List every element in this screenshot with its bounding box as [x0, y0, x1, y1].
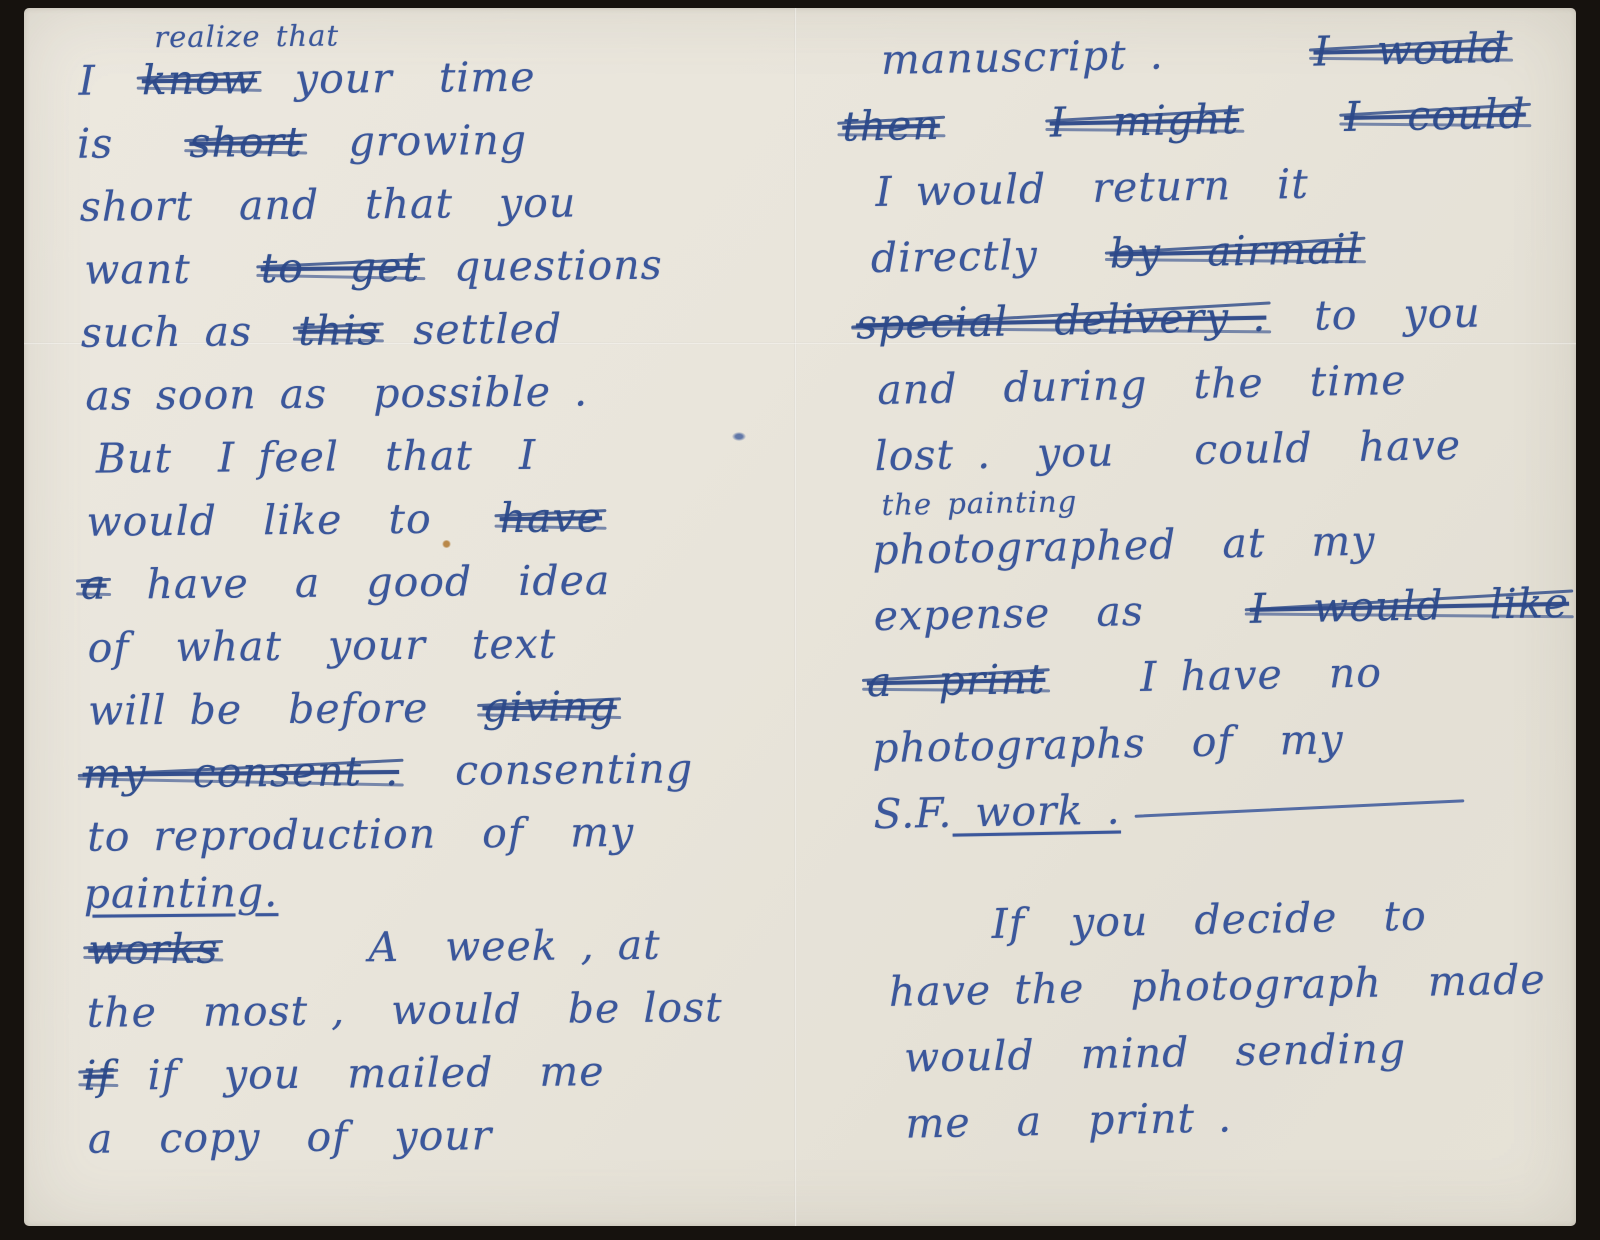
handwriting-line: worksA week , at	[88, 912, 805, 981]
struck-word: giving	[482, 675, 617, 739]
word-segment: directly	[870, 221, 1084, 291]
word-segment: expense as	[873, 577, 1190, 649]
word-segment: work .	[952, 776, 1122, 845]
handwriting-line: want to getquestions	[84, 233, 799, 302]
word-segment: such as	[81, 300, 299, 365]
handwriting-line: painting.	[84, 862, 804, 918]
struck-word: have	[499, 486, 602, 550]
word-segment: photographs of my	[872, 706, 1345, 781]
handwriting-line: the most , would be lost	[86, 975, 805, 1044]
handwriting-line: such as thissettled	[81, 296, 800, 365]
handwriting-line: thenI mightI could	[842, 80, 1579, 160]
word-segment: A week , at	[368, 914, 661, 980]
paper-sheet: realize thatI knowyour timeis shortgrowi…	[24, 8, 1576, 1226]
word-segment: I	[78, 49, 142, 113]
word-segment: would mind sending	[904, 1015, 1407, 1091]
struck-word: by airmail	[1109, 216, 1361, 287]
struck-word: a	[81, 554, 107, 617]
word-segment: consenting	[455, 737, 694, 802]
word-segment: the most , would be lost	[86, 976, 722, 1045]
handwriting-line: ahave a good idea	[81, 548, 802, 617]
word-segment: of what your text	[87, 613, 556, 680]
word-segment: and during the time	[877, 347, 1407, 423]
struck-word: then	[842, 92, 941, 160]
page-right: manuscript .I wouldthenI mightI couldI w…	[824, 0, 1600, 1240]
word-segment: I would return it	[875, 151, 1309, 225]
struck-word: if	[83, 1045, 114, 1108]
struck-word: special delivery .	[855, 284, 1266, 358]
word-segment: photographed at my	[872, 508, 1376, 584]
word-segment: as soon as possible .	[85, 360, 588, 427]
handwriting-line: But I feel that I	[96, 422, 801, 491]
word-segment: If you decide to	[991, 883, 1427, 957]
page-left: realize thatI knowyour timeis shortgrowi…	[54, 2, 807, 1240]
word-segment: is	[77, 112, 160, 176]
word-segment: painting.	[84, 867, 279, 919]
word-segment: if you mailed me	[147, 1040, 604, 1107]
struck-word: short	[189, 111, 303, 175]
handwriting-line: a copy of your	[88, 1101, 807, 1170]
word-segment: I have no	[1140, 639, 1383, 710]
word-segment: S.F.	[873, 780, 953, 847]
handwriting-line: will be before giving	[88, 673, 803, 742]
struck-word: works	[88, 918, 219, 982]
struck-word: I would like	[1249, 570, 1569, 642]
struck-word: a print	[866, 646, 1046, 715]
handwriting-line: If you decide to	[991, 879, 1594, 957]
struck-word: this	[298, 299, 380, 363]
word-segment: will be before	[88, 676, 475, 742]
handwriting-line: of what your text	[87, 611, 802, 680]
word-segment: lost . you	[874, 419, 1115, 490]
handwriting-line: my consent .consenting	[82, 736, 803, 805]
handwriting-line: to reproduction of my	[87, 799, 804, 868]
handwriting-line: I knowyour time	[78, 44, 797, 113]
word-segment: have a good idea	[146, 549, 610, 616]
struck-word: to get	[261, 236, 421, 300]
struck-word: know	[142, 48, 258, 112]
handwriting-line: have the photograph made	[888, 945, 1595, 1025]
word-segment: want	[84, 237, 237, 301]
struck-word: I might	[1049, 86, 1240, 156]
handwriting-line: me a print .	[905, 1077, 1598, 1156]
struck-word: my consent .	[82, 740, 399, 806]
struck-word: I would	[1313, 15, 1508, 85]
word-segment: to reproduction of my	[87, 801, 634, 869]
word-segment: could have	[1194, 412, 1462, 483]
underline-flourish	[1135, 799, 1465, 818]
handwriting-line: as soon as possible .	[85, 359, 800, 428]
handwriting-line: S.F. work .	[873, 767, 1592, 847]
handwriting-line: is shortgrowing	[77, 107, 798, 176]
word-segment: manuscript .	[880, 21, 1164, 92]
handwriting-line: special delivery .to you	[855, 278, 1582, 358]
word-segment: But I feel that I	[96, 424, 537, 491]
word-segment: questions	[454, 234, 663, 299]
handwriting-line: ifif you mailed me	[83, 1038, 806, 1107]
handwriting-line: short and that you	[79, 170, 798, 239]
handwriting-line: would like to have	[86, 485, 801, 554]
word-segment: a copy of your	[88, 1104, 493, 1171]
word-segment: settled	[413, 298, 562, 362]
word-segment: have the photograph made	[888, 946, 1546, 1025]
letter-scan: { "colors": { "ink": "#3b579b", "ink_dar…	[0, 0, 1600, 1240]
word-segment: would like to	[86, 487, 478, 553]
word-segment: growing	[348, 109, 527, 174]
struck-word: I could	[1344, 81, 1527, 150]
handwriting-line: expense as I would like	[873, 569, 1588, 649]
word-segment: me a print .	[905, 1084, 1233, 1156]
word-segment: to you	[1314, 279, 1482, 348]
word-segment: your time	[295, 46, 536, 111]
word-segment: short and that you	[79, 171, 576, 238]
